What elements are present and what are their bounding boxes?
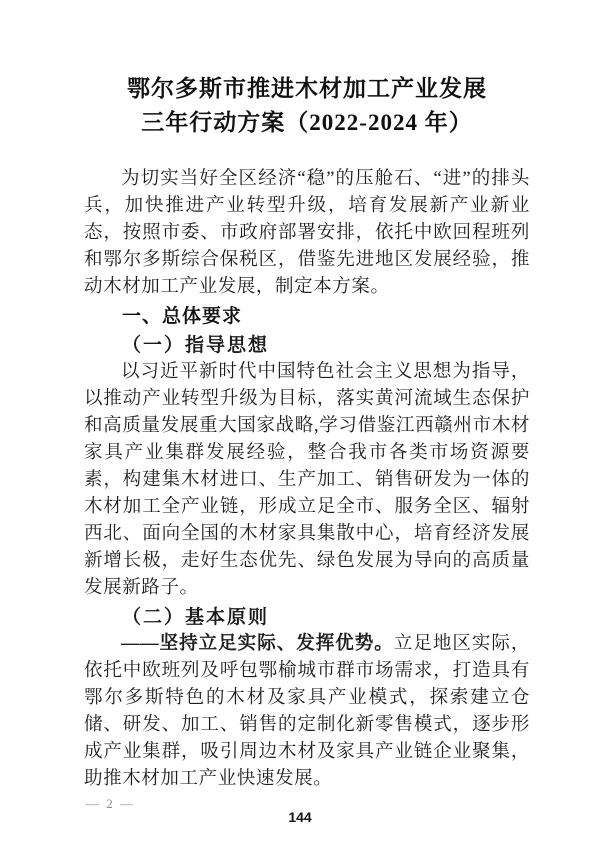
pdf-page-number: 144 bbox=[0, 808, 600, 826]
subsection-heading-basic-principles: （二）基本原则 bbox=[84, 604, 530, 631]
intro-paragraph: 为切实当好全区经济“稳”的压舱石、“进”的排头兵，加快推进产业转型升级，培育发展… bbox=[84, 166, 530, 301]
document-page: 鄂尔多斯市推进木材加工产业发展 三年行动方案（2022-2024 年） 为切实当… bbox=[0, 0, 600, 848]
guiding-ideology-paragraph: 以习近平新时代中国特色社会主义思想为指导，以推动产业转型升级为目标，落实黄河流域… bbox=[84, 359, 530, 602]
subsection-heading-guiding-ideology: （一）指导思想 bbox=[84, 332, 530, 359]
document-title-line1: 鄂尔多斯市推进木材加工产业发展 bbox=[84, 72, 530, 106]
document-content: 鄂尔多斯市推进木材加工产业发展 三年行动方案（2022-2024 年） 为切实当… bbox=[84, 72, 530, 793]
principle-lead-text: ——坚持立足实际、发挥优势。 bbox=[121, 634, 394, 654]
principle-body-text: 立足地区实际，依托中欧班列及呼包鄂榆城市群市场需求，打造具有鄂尔多斯特色的木材及… bbox=[84, 634, 530, 789]
document-title: 鄂尔多斯市推进木材加工产业发展 三年行动方案（2022-2024 年） bbox=[84, 72, 530, 140]
document-title-line2: 三年行动方案（2022-2024 年） bbox=[84, 106, 530, 140]
section-heading-overall-requirements: 一、总体要求 bbox=[84, 303, 530, 330]
basic-principles-paragraph: ——坚持立足实际、发挥优势。立足地区实际，依托中欧班列及呼包鄂榆城市群市场需求，… bbox=[84, 631, 530, 793]
